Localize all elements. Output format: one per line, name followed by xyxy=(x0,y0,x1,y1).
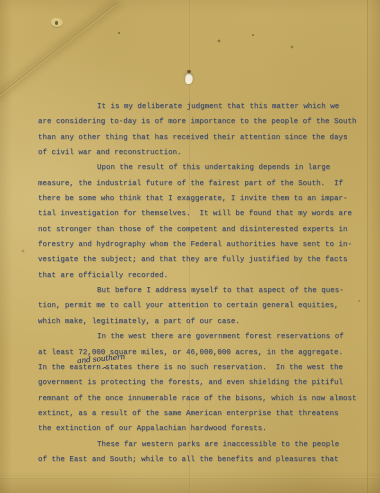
text-line: These far western parks are inaccessible… xyxy=(38,438,356,453)
text-line: vestigate the subject; and that they are… xyxy=(38,253,356,268)
text-line: measure, the industrial future of the fa… xyxy=(38,177,356,192)
text-line: tion, permit me to call your attention t… xyxy=(38,299,356,314)
insertion-caret-mark: ^ xyxy=(101,367,109,375)
fold-crease-bottom xyxy=(0,477,380,479)
paper-sheet: It is my deliberate judgment that this m… xyxy=(0,0,380,493)
fold-crease-right-edge xyxy=(367,0,369,493)
text-line: there be some who think that I exaggerat… xyxy=(38,192,356,207)
text-line: of civil war and reconstruction. xyxy=(38,146,356,161)
fold-crease-top-left xyxy=(0,2,117,97)
text-line: of the East and South; while to all the … xyxy=(38,453,356,468)
paper-nick xyxy=(51,18,63,28)
text-line: tial investigation for themselves. It wi… xyxy=(38,207,356,222)
text-line: It is my deliberate judgment that this m… xyxy=(38,100,356,115)
text-line: that are officially recorded. xyxy=(38,269,356,284)
paper-hole xyxy=(185,73,193,84)
text-line: In the west there are government forest … xyxy=(38,330,356,345)
text-line: the extinction of our Appalachian hardwo… xyxy=(38,422,356,437)
text-line: than any other thing that has received t… xyxy=(38,131,356,146)
text-line: extinct, as a result of the same America… xyxy=(38,407,356,422)
text-line: remnant of the once innumerable race of … xyxy=(38,392,356,407)
text-line: forestry and hydrography whom the Federa… xyxy=(38,238,356,253)
text-line: Upon the result of this undertaking depe… xyxy=(38,161,356,176)
text-line: government is protecting the forests, an… xyxy=(38,376,356,391)
text-line: which make, legitimately, a part of our … xyxy=(38,315,356,330)
text-line: not stronger than those of the competent… xyxy=(38,223,356,238)
text-line: But before I address myself to that aspe… xyxy=(38,284,356,299)
text-line: are considering to-day is of more import… xyxy=(38,115,356,130)
paper-specks xyxy=(0,0,2,2)
typewritten-text-block: It is my deliberate judgment that this m… xyxy=(38,100,356,468)
